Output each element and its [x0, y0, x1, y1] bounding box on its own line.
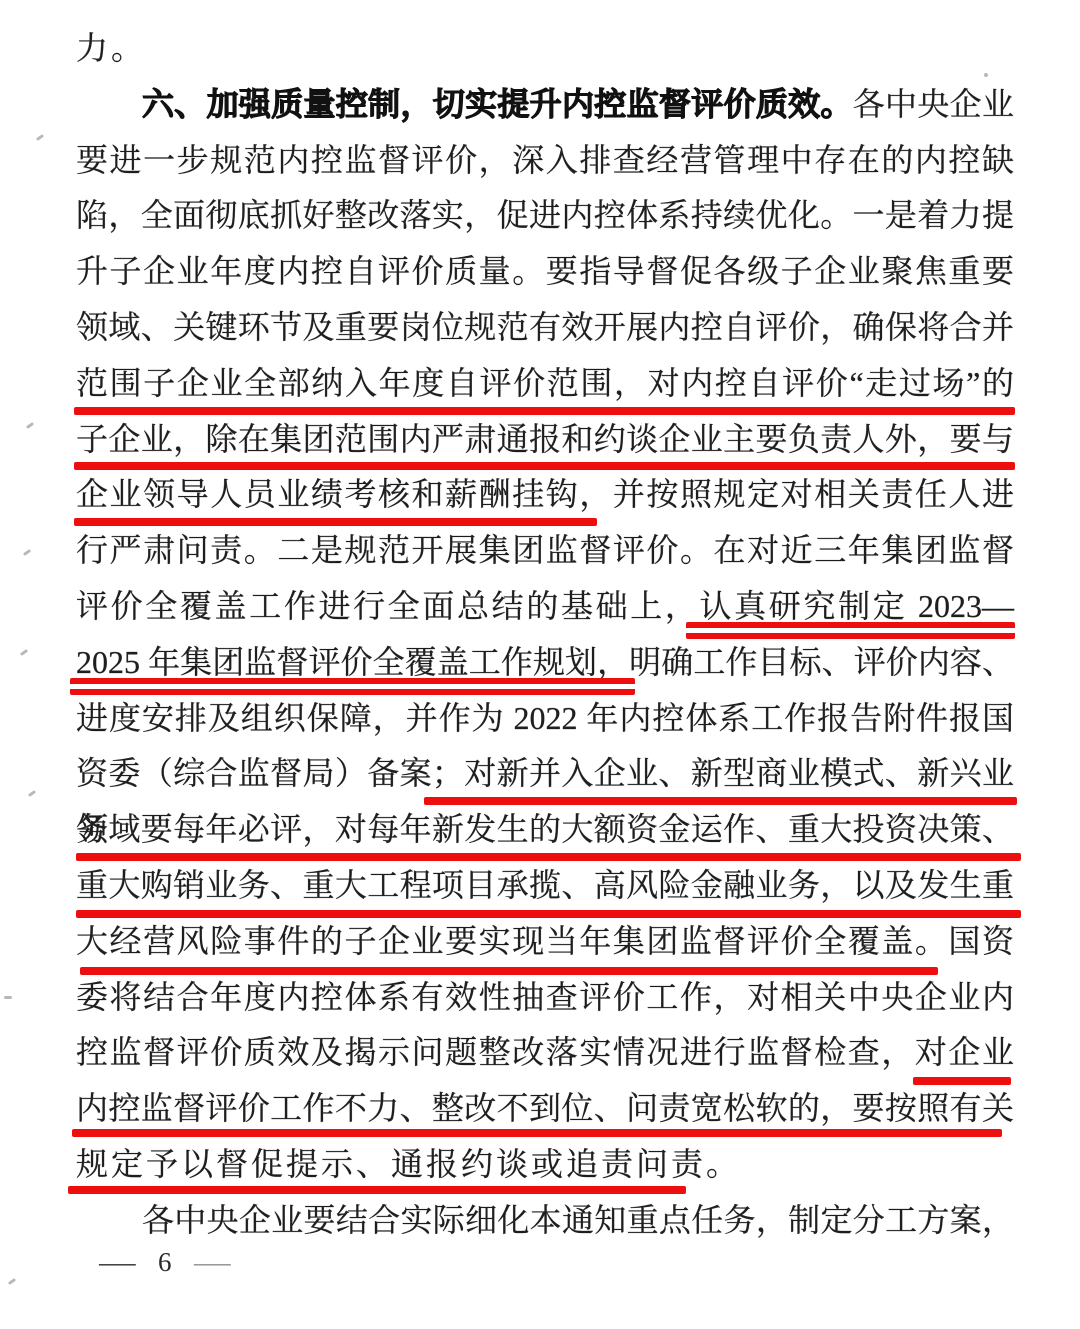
body-text: 委将结合年度内控体系有效性抽查评价工作，对相关中央企业内: [76, 979, 1014, 1015]
text-line: 资委（综合监督局）备案；对新并入企业、新型商业模式、新兴业务: [76, 746, 1014, 802]
body-text: 进度安排及组织保障，并作为 2022 年内控体系工作报告附件报国: [76, 700, 1014, 736]
text-line: 企业领导人员业绩考核和薪酬挂钩，并按照规定对相关责任人进: [76, 467, 1014, 523]
body-text: 大经营风险事件的子企业要实现当年集团监督评价全覆盖。国资: [76, 923, 1014, 959]
text-line: 各中央企业要结合实际细化本通知重点任务，制定分工方案，: [76, 1193, 1014, 1249]
footer-right-dash: —: [194, 1247, 232, 1278]
text-line: 升子企业年度内控自评价质量。要指导督促各级子企业聚焦重要: [76, 244, 1014, 300]
body-text: 控监督评价质效及揭示问题整改落实情况进行监督检查，对企业: [76, 1034, 1014, 1070]
body-text: 各中央企业要结合实际细化本通知重点任务，制定分工方案，: [142, 1202, 1014, 1238]
text-line: 行严肃问责。二是规范开展集团监督评价。在对近三年集团监督: [76, 523, 1014, 579]
red-underline: [424, 797, 1017, 805]
body-text: 力。: [76, 30, 146, 66]
red-double-underline: [686, 622, 1015, 639]
red-underline: [74, 518, 597, 526]
body-text: 行严肃问责。二是规范开展集团监督评价。在对近三年集团监督: [76, 532, 1014, 568]
section-heading-bold: 六、加强质量控制，切实提升内控监督评价质效。: [142, 86, 853, 122]
body-text: 规定予以督促提示、通报约谈或追责问责。: [76, 1146, 741, 1182]
scan-artifact: [28, 790, 36, 797]
red-double-underline: [70, 678, 635, 695]
scan-artifact: [36, 134, 44, 141]
body-text: 子企业，除在集团范围内严肃通报和约谈企业主要负责人外，要与: [76, 421, 1014, 457]
body-text: 评价全覆盖工作进行全面总结的基础上，认真研究制定 2023—: [76, 588, 1014, 624]
text-line: 六、加强质量控制，切实提升内控监督评价质效。各中央企业: [76, 77, 1014, 133]
text-line: 重大购销业务、重大工程项目承揽、高风险金融业务，以及发生重: [76, 858, 1014, 914]
text-line: 要进一步规范内控监督评价，深入排查经营管理中存在的内控缺: [76, 133, 1014, 189]
red-underline: [68, 1186, 686, 1194]
body-text: 内控监督评价工作不力、整改不到位、问责宽松软的，要按照有关: [76, 1090, 1014, 1126]
body-text: 陷，全面彻底抓好整改落实，促进内控体系持续优化。一是着力提: [76, 197, 1014, 233]
text-line: 力。: [76, 21, 1014, 77]
body-text: 企业领导人员业绩考核和薪酬挂钩，并按照规定对相关责任人进: [76, 476, 1014, 512]
text-line: 进度安排及组织保障，并作为 2022 年内控体系工作报告附件报国: [76, 691, 1014, 747]
text-line: 子企业，除在集团范围内严肃通报和约谈企业主要负责人外，要与: [76, 412, 1014, 468]
body-text: 升子企业年度内控自评价质量。要指导督促各级子企业聚焦重要: [76, 253, 1014, 289]
body-text: 2025 年集团监督评价全覆盖工作规划，明确工作目标、评价内容、: [76, 644, 1014, 680]
red-underline: [76, 853, 1021, 861]
text-line: 范围子企业全部纳入年度自评价范围，对内控自评价“走过场”的: [76, 356, 1014, 412]
body-text: 领域要每年必评，对每年新发生的大额资金运作、重大投资决策、: [76, 811, 1014, 847]
red-underline: [913, 1077, 1011, 1085]
scan-artifact: [8, 1278, 16, 1285]
footer-left-dash: —: [99, 1247, 137, 1278]
scan-artifact: [984, 73, 988, 77]
text-line: 大经营风险事件的子企业要实现当年集团监督评价全覆盖。国资: [76, 914, 1014, 970]
red-underline: [74, 407, 1015, 415]
body-text: 范围子企业全部纳入年度自评价范围，对内控自评价“走过场”的: [76, 365, 1014, 401]
page-footer: — 6 —: [104, 1247, 227, 1278]
body-text: 各中央企业: [853, 86, 1014, 122]
text-line: 陷，全面彻底抓好整改落实，促进内控体系持续优化。一是着力提: [76, 188, 1014, 244]
text-line: 规定予以督促提示、通报约谈或追责问责。: [76, 1137, 1014, 1193]
red-underline: [72, 1129, 1002, 1137]
scanned-document-page: 力。六、加强质量控制，切实提升内控监督评价质效。各中央企业要进一步规范内控监督评…: [0, 0, 1080, 1329]
scan-artifact: [23, 549, 31, 556]
page-number: 6: [158, 1247, 173, 1278]
body-text: 要进一步规范内控监督评价，深入排查经营管理中存在的内控缺: [76, 142, 1014, 178]
red-underline: [74, 462, 1015, 470]
body-text: 重大购销业务、重大工程项目承揽、高风险金融业务，以及发生重: [76, 867, 1014, 903]
text-line: 领域要每年必评，对每年新发生的大额资金运作、重大投资决策、: [76, 802, 1014, 858]
scan-artifact: [20, 649, 28, 656]
text-line: 控监督评价质效及揭示问题整改落实情况进行监督检查，对企业: [76, 1025, 1014, 1081]
scan-artifact: [26, 422, 34, 429]
body-text: 领域、关键环节及重要岗位规范有效开展内控自评价，确保将合并: [76, 309, 1014, 345]
text-line: 领域、关键环节及重要岗位规范有效开展内控自评价，确保将合并: [76, 300, 1014, 356]
text-line: 委将结合年度内控体系有效性抽查评价工作，对相关中央企业内: [76, 970, 1014, 1026]
red-underline: [80, 967, 938, 975]
scan-artifact: [4, 996, 12, 999]
red-underline: [76, 910, 1021, 918]
